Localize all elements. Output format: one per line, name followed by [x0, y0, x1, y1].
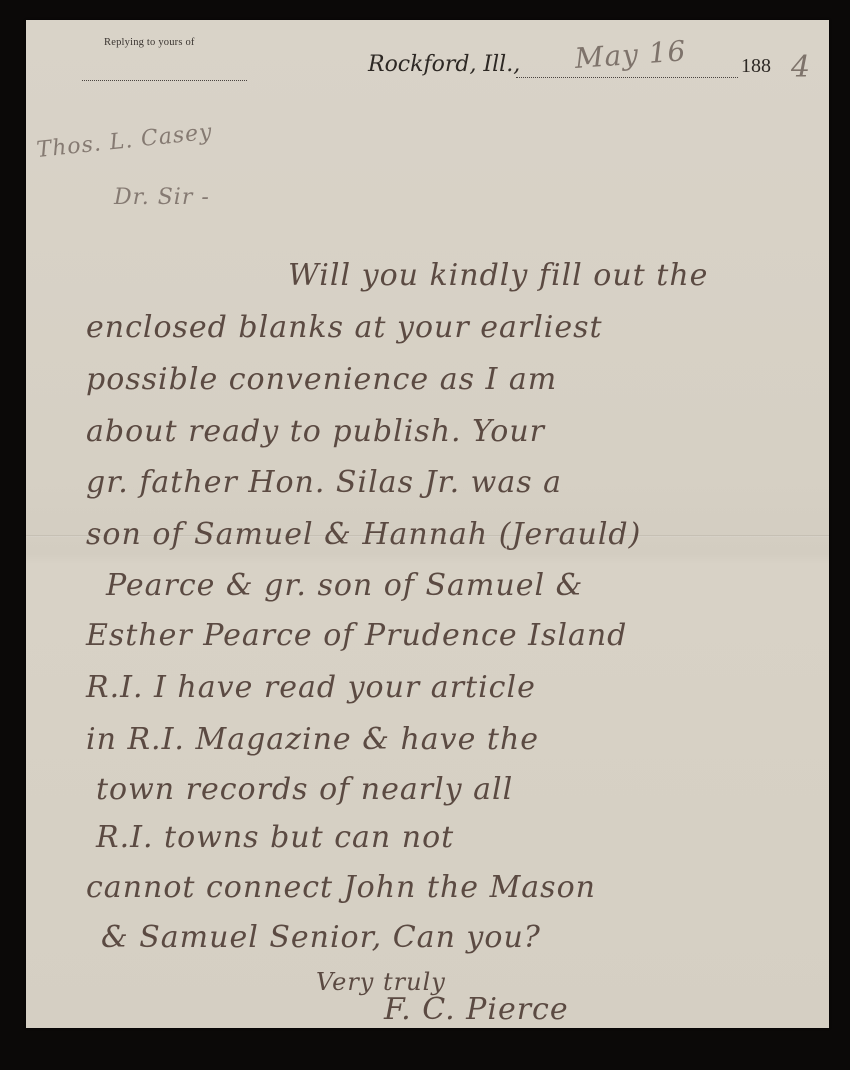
body-line: gr. father Hon. Silas Jr. was a — [86, 465, 562, 500]
body-line: cannot connect John the Mason — [86, 870, 596, 905]
letterhead-place: Rockford, Ill., — [368, 52, 520, 77]
body-line: possible convenience as I am — [86, 362, 557, 397]
body-line: Pearce & gr. son of Samuel & — [106, 568, 583, 603]
body-line: Will you kindly fill out the — [288, 258, 708, 293]
body-line: & Samuel Senior, Can you? — [101, 920, 541, 955]
date-dotted-line — [516, 77, 738, 78]
handwritten-year-digit: 4 — [791, 50, 811, 85]
letterhead-year-prefix: 188 — [741, 55, 771, 78]
body-line: about ready to publish. Your — [86, 414, 545, 449]
salutation: Dr. Sir - — [114, 185, 210, 210]
signature: F. C. Pierce — [384, 992, 569, 1027]
handwritten-date: May 16 — [574, 34, 688, 75]
body-line: R.I. I have read your article — [86, 670, 536, 705]
body-line: enclosed blanks at your earliest — [86, 310, 603, 345]
reply-label: Replying to yours of — [104, 37, 195, 48]
body-line: son of Samuel & Hannah (Jerauld) — [86, 517, 641, 552]
body-line: in R.I. Magazine & have the — [86, 722, 539, 757]
body-line: R.I. towns but can not — [96, 820, 454, 855]
body-line: Esther Pearce of Prudence Island — [86, 618, 627, 653]
addressee-name: Thos. L. Casey — [35, 120, 213, 163]
reply-dotted-line — [82, 80, 247, 81]
body-line: town records of nearly all — [96, 772, 513, 807]
letter-page: Replying to yours of Rockford, Ill., May… — [26, 20, 829, 1028]
